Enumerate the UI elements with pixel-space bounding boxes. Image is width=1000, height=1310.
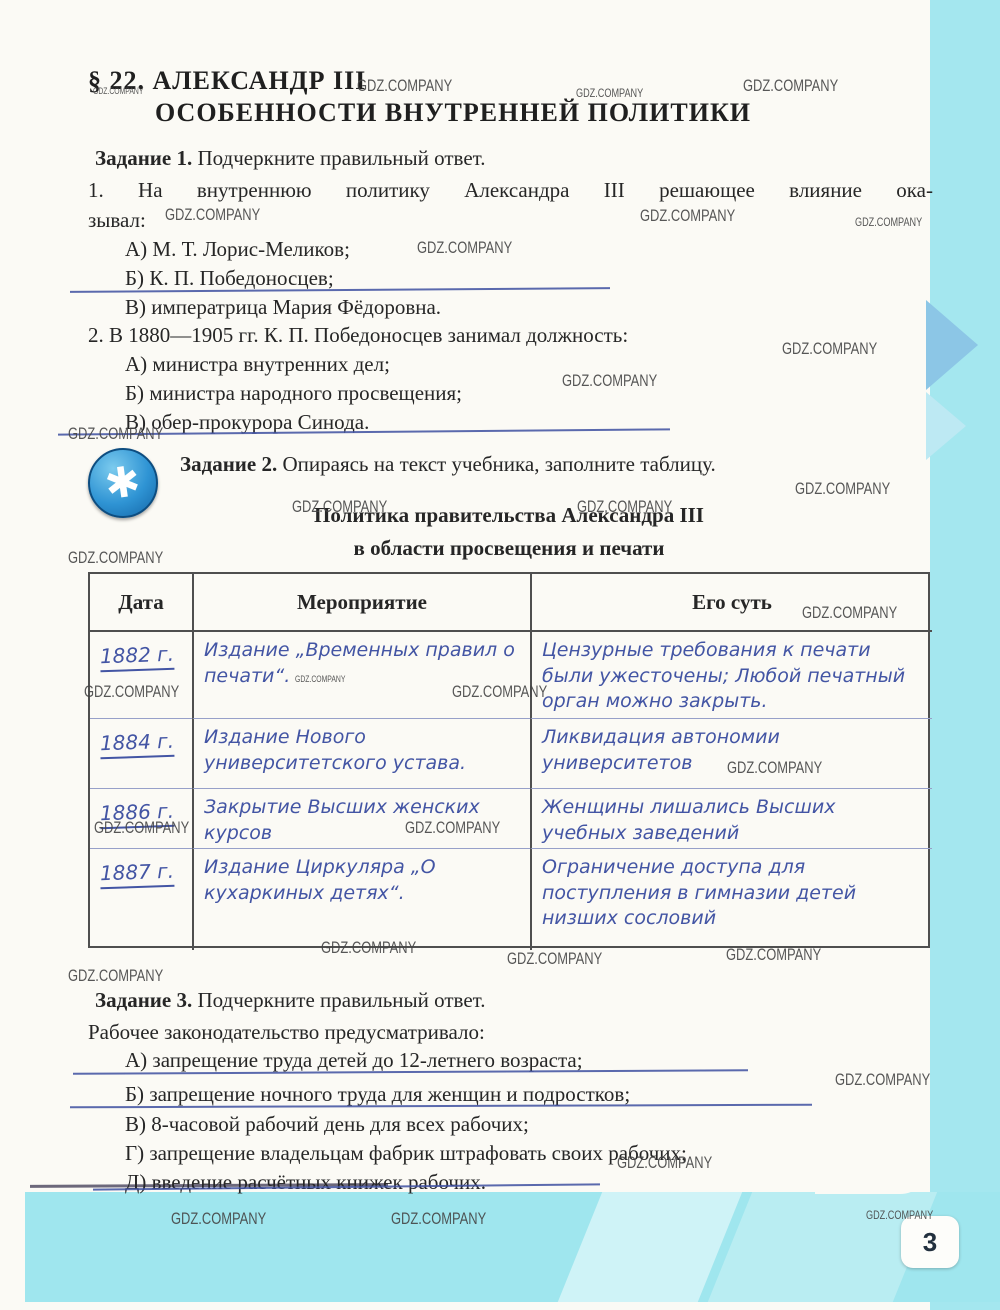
watermark: GDZ.COMPANY: [68, 424, 163, 444]
task1-instruction: Подчеркните правильный ответ.: [197, 146, 485, 170]
watermark: GDZ.COMPANY: [292, 497, 387, 517]
watermark: GDZ.COMPANY: [417, 238, 512, 258]
watermark: GDZ.COMPANY: [94, 818, 189, 838]
watermark: GDZ.COMPANY: [507, 949, 602, 969]
table-row-3-essence: Женщины лишались Высших учебных заведени…: [530, 788, 932, 848]
task3-option-v: В) 8-часовой рабочий день для всех рабоч…: [125, 1112, 529, 1137]
watermark: GDZ.COMPANY: [68, 548, 163, 568]
task1-q2-option-b: Б) министра народного просвещения;: [125, 381, 462, 406]
task3-option-b: Б) запрещение ночного труда для женщин и…: [125, 1082, 630, 1107]
task1-q1-option-v: В) императрица Мария Фёдоровна.: [125, 295, 441, 320]
task2-label: Задание 2.: [180, 452, 277, 476]
task3-intro: Рабочее законодательство предусматривало…: [88, 1020, 485, 1045]
task1-q2-option-a: А) министра внутренних дел;: [125, 352, 390, 377]
watermark: GDZ.COMPANY: [405, 818, 500, 838]
watermark: GDZ.COMPANY: [391, 1209, 486, 1229]
table-row-4-event: Издание Циркуляра „О кухаркиных детях“.: [192, 848, 530, 950]
triangle-decoration: [926, 300, 978, 390]
task3-heading: Задание 3. Подчеркните правильный ответ.: [95, 988, 486, 1013]
watermark: GDZ.COMPANY: [84, 682, 179, 702]
watermark: GDZ.COMPANY: [640, 206, 735, 226]
table-row-4-essence: Ограничение доступа для поступления в ги…: [530, 848, 932, 950]
watermark: GDZ.COMPANY: [562, 371, 657, 391]
watermark: GDZ.COMPANY: [577, 497, 672, 517]
watermark: GDZ.COMPANY: [782, 339, 877, 359]
watermark: GDZ.COMPANY: [802, 603, 897, 623]
workbook-page: § 22. АЛЕКСАНДР III ОСОБЕННОСТИ ВНУТРЕНН…: [0, 0, 1000, 1310]
watermark: GDZ.COMPANY: [171, 1209, 266, 1229]
task1-q1-line1: 1. На внутреннюю политику Александра III…: [88, 178, 933, 203]
watermark: GDZ.COMPANY: [165, 205, 260, 225]
watermark: GDZ.COMPANY: [866, 1208, 933, 1222]
watermark: GDZ.COMPANY: [452, 682, 547, 702]
watermark: GDZ.COMPANY: [93, 86, 143, 96]
table-row-1-essence: Цензурные требования к печати были ужест…: [530, 632, 932, 718]
watermark: GDZ.COMPANY: [68, 966, 163, 986]
right-decoration-band: [930, 0, 1000, 1310]
watermark: GDZ.COMPANY: [295, 674, 345, 684]
task3-option-g: Г) запрещение владельцам фабрик штрафова…: [125, 1141, 687, 1166]
table-title-line1: Политика правительства Александра III: [88, 503, 930, 528]
page-rounded-corner: [815, 1152, 930, 1194]
chapter-title: АЛЕКСАНДР III: [153, 66, 367, 95]
watermark: GDZ.COMPANY: [727, 758, 822, 778]
col-header-event: Мероприятие: [192, 574, 530, 632]
task3-label: Задание 3.: [95, 988, 192, 1012]
task1-q1-option-a: А) М. Т. Лорис-Меликов;: [125, 237, 350, 262]
watermark: GDZ.COMPANY: [576, 86, 643, 100]
watermark: GDZ.COMPANY: [617, 1153, 712, 1173]
task1-q1-line2: зывал:: [88, 208, 146, 233]
table-title-line2: в области просвещения и печати: [88, 536, 930, 561]
triangle-decoration: [926, 392, 966, 460]
task2-heading: Задание 2. Опираясь на текст учебника, з…: [180, 452, 716, 477]
section-title-line2: ОСОБЕННОСТИ ВНУТРЕННЕЙ ПОЛИТИКИ: [155, 98, 751, 128]
task2-instruction: Опираясь на текст учебника, заполните та…: [282, 452, 715, 476]
watermark: GDZ.COMPANY: [743, 76, 838, 96]
table-row-1-event: Издание „Временных правил о печати“.: [192, 632, 530, 718]
page-number-tile: 3: [901, 1216, 959, 1268]
task1-q2-text: 2. В 1880—1905 гг. К. П. Победоносцев за…: [88, 323, 628, 348]
watermark: GDZ.COMPANY: [795, 479, 890, 499]
task1-heading: Задание 1. Подчеркните правильный ответ.: [95, 146, 486, 171]
page-number: 3: [923, 1227, 937, 1258]
task1-q1-option-b: Б) К. П. Победоносцев;: [125, 266, 334, 291]
table-row-2-date: 1884 г.: [90, 718, 192, 788]
task3-option-d: Д) введение расчётных книжек рабочих.: [125, 1170, 486, 1195]
table-row-4-date: 1887 г.: [90, 848, 192, 950]
task3-option-a: А) запрещение труда детей до 12-летнего …: [125, 1048, 583, 1073]
watermark: GDZ.COMPANY: [726, 945, 821, 965]
col-header-date: Дата: [90, 574, 192, 632]
watermark: GDZ.COMPANY: [855, 215, 922, 229]
task1-label: Задание 1.: [95, 146, 192, 170]
asterisk-glyph: ✱: [103, 460, 144, 506]
table-row-1-date: 1882 г.: [90, 632, 192, 718]
watermark: GDZ.COMPANY: [835, 1070, 930, 1090]
table-row-2-event: Издание Нового университетского устава.: [192, 718, 530, 788]
watermark: GDZ.COMPANY: [321, 938, 416, 958]
task3-instruction: Подчеркните правильный ответ.: [197, 988, 485, 1012]
watermark: GDZ.COMPANY: [357, 76, 452, 96]
